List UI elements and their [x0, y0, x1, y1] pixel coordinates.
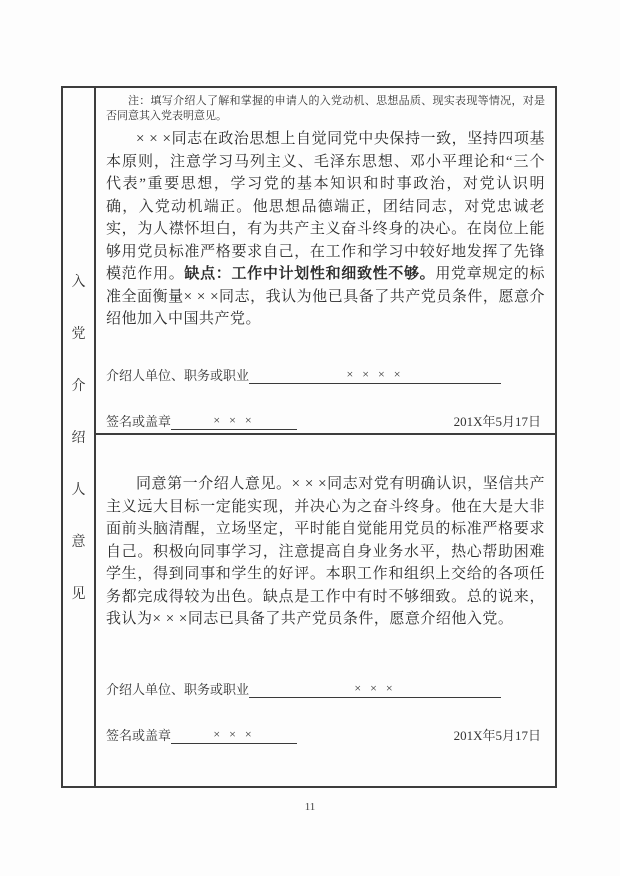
vertical-header-char: 人	[72, 479, 86, 499]
signature-value-line-2: × × ×	[171, 727, 297, 744]
signature-value-1: × × ×	[213, 413, 254, 427]
unit-value-1: × × × ×	[346, 367, 403, 381]
vertical-header-char: 见	[72, 583, 86, 603]
vertical-header-char: 意	[72, 531, 86, 551]
first-opinion-shortcoming-bold: 缺点：工作中计划性和细致性不够。	[184, 266, 435, 282]
vertical-header-char: 绍	[72, 427, 86, 447]
unit-label-2: 介绍人单位、职务或职业	[106, 679, 249, 698]
signature-row-1: 签名或盖章 × × × 201X年5月17日	[106, 411, 545, 430]
second-introducer-opinion-cell: 同意第一介绍人意见。× × ×同志对党有明确认识，坚信共产主义远大目标一定能实现…	[96, 435, 555, 786]
unit-value-2: × × ×	[354, 681, 395, 695]
second-opinion-paragraph: 同意第一介绍人意见。× × ×同志对党有明确认识，坚信共产主义远大目标一定能实现…	[106, 473, 545, 631]
signature-date-2: 201X年5月17日	[454, 725, 545, 744]
unit-value-line-1: × × × ×	[249, 367, 501, 384]
introducer-unit-row-2: 介绍人单位、职务或职业 × × ×	[106, 679, 545, 698]
first-introducer-opinion-cell: 注：填写介绍人了解和掌握的申请人的入党动机、思想品质、现实表现等情况，对是否同意…	[96, 88, 555, 435]
signature-value-2: × × ×	[213, 727, 254, 741]
signature-value-line-1: × × ×	[171, 413, 297, 430]
signature-row-2: 签名或盖章 × × × 201X年5月17日	[106, 725, 545, 744]
vertical-header-char: 入	[72, 271, 86, 291]
first-opinion-segment-1: × × ×同志在政治思想上自觉同党中央保持一致，坚持四项基本原则，注意学习马列主…	[106, 131, 545, 282]
opinion-main-column: 注：填写介绍人了解和掌握的申请人的入党动机、思想品质、现实表现等情况，对是否同意…	[96, 88, 555, 786]
note-text: 注：填写介绍人了解和掌握的申请人的入党动机、思想品质、现实表现等情况，对是否同意…	[106, 94, 545, 124]
vertical-header-char: 党	[72, 323, 86, 343]
vertical-header-char: 介	[72, 375, 86, 395]
introducer-unit-row-1: 介绍人单位、职务或职业 × × × ×	[106, 365, 545, 384]
page-number: 11	[0, 801, 620, 813]
first-opinion-paragraph: × × ×同志在政治思想上自觉同党中央保持一致，坚持四项基本原则，注意学习马列主…	[106, 128, 545, 331]
vertical-header: 入 党 介 绍 人 意 见	[63, 88, 96, 786]
unit-label-1: 介绍人单位、职务或职业	[106, 365, 249, 384]
signature-label-1: 签名或盖章	[106, 411, 171, 430]
unit-value-line-2: × × ×	[249, 681, 501, 698]
signature-date-1: 201X年5月17日	[454, 411, 545, 430]
opinion-table: 入 党 介 绍 人 意 见 注：填写介绍人了解和掌握的申请人的入党动机、思想品质…	[61, 86, 557, 788]
signature-label-2: 签名或盖章	[106, 725, 171, 744]
document-page: 入 党 介 绍 人 意 见 注：填写介绍人了解和掌握的申请人的入党动机、思想品质…	[0, 0, 620, 876]
